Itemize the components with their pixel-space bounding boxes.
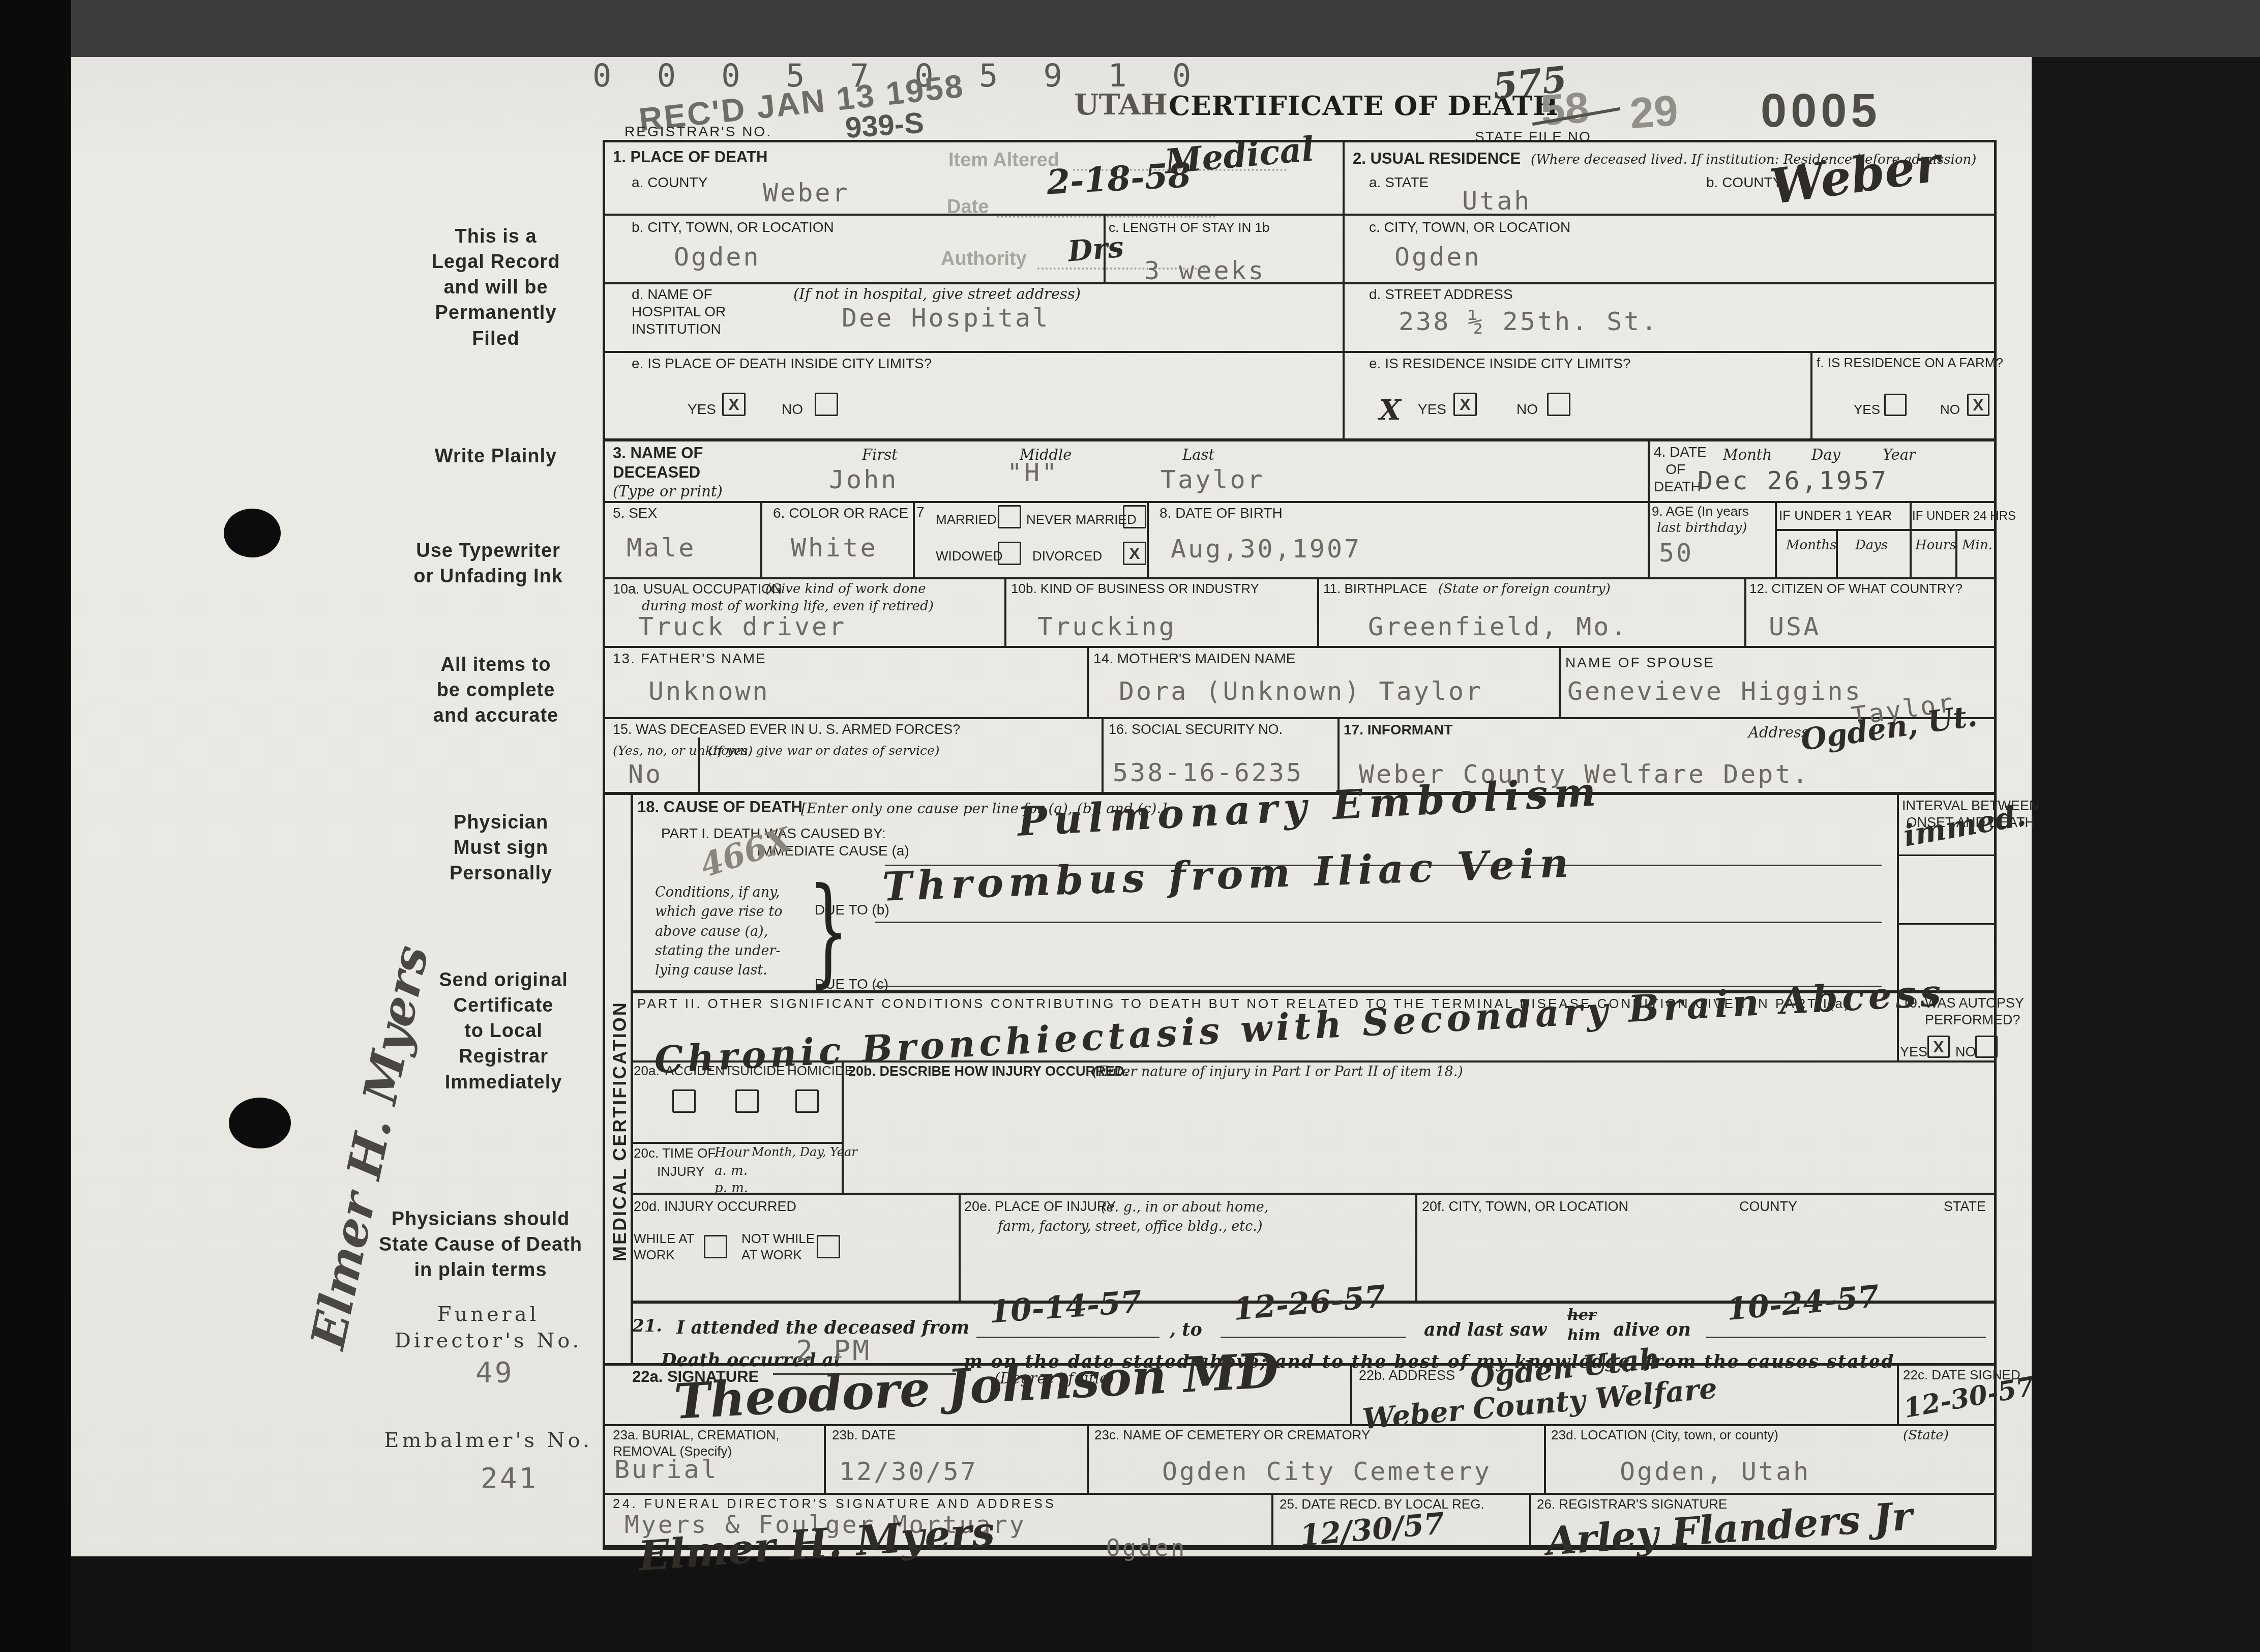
field-24-city: Ogden bbox=[1106, 1535, 1186, 1561]
field-3-first-value: John bbox=[829, 466, 898, 494]
grid-line bbox=[1897, 854, 1996, 856]
field-20b-note: (Enter nature of injury in Part I or Par… bbox=[1092, 1063, 1463, 1081]
field-20c-label2: INJURY bbox=[657, 1164, 704, 1180]
field-2a-label: a. STATE bbox=[1369, 174, 1429, 191]
field-7-num: 7 bbox=[916, 504, 925, 521]
field-18b-label: DUE TO (b) bbox=[815, 901, 889, 919]
field-20c-pm-label: p. m. bbox=[715, 1180, 748, 1197]
checkbox-1e-no bbox=[815, 393, 838, 416]
grid-line bbox=[1317, 577, 1319, 646]
grid-line bbox=[1087, 646, 1089, 717]
field-20b-label: 20b. DESCRIBE HOW INJURY OCCURRED. bbox=[848, 1063, 1128, 1080]
grid-line bbox=[603, 646, 1996, 648]
writing-line bbox=[1706, 1337, 1986, 1338]
checkbox-widowed bbox=[998, 542, 1021, 565]
checkbox-married bbox=[998, 505, 1021, 528]
field-23b-label: 23b. DATE bbox=[832, 1427, 896, 1443]
registrar-no-label: REGISTRAR'S NO. bbox=[625, 123, 772, 140]
field-3-note: (Type or print) bbox=[613, 482, 723, 501]
writing-line bbox=[1221, 1337, 1406, 1338]
grid-line bbox=[631, 1193, 1996, 1195]
death-certificate-scan: This is a Legal Record and will be Perma… bbox=[0, 0, 2260, 1652]
field-5-value: Male bbox=[627, 534, 696, 562]
grid-line bbox=[959, 1193, 961, 1302]
margin-note-write-plainly: Write Plainly bbox=[376, 444, 615, 469]
grid-line bbox=[1648, 440, 1650, 577]
field-4-month-label: Month bbox=[1723, 446, 1772, 465]
grid-line bbox=[603, 1493, 1996, 1495]
grid-line bbox=[913, 501, 915, 577]
field-2d-label: d. STREET ADDRESS bbox=[1369, 286, 1513, 303]
field-20f-label: 20f. CITY, TOWN, OR LOCATION bbox=[1422, 1198, 1628, 1215]
field-3-title: 3. NAME OF DECEASED bbox=[613, 444, 703, 482]
field-2e-no-label: NO bbox=[1516, 401, 1538, 418]
title-state: UTAH bbox=[1074, 87, 1168, 122]
grid-line bbox=[1529, 1493, 1531, 1549]
grid-line bbox=[603, 140, 1996, 142]
field-1c-label: c. LENGTH OF STAY IN 1b bbox=[1109, 220, 1269, 236]
grid-line bbox=[1559, 646, 1561, 717]
field-6-value: White bbox=[791, 534, 878, 562]
field-14-label: 14. MOTHER'S MAIDEN NAME bbox=[1093, 650, 1295, 667]
authority-value: Drs bbox=[1067, 232, 1125, 265]
grid-line bbox=[1271, 1493, 1273, 1549]
checkbox-2f-no: X bbox=[1967, 394, 1989, 416]
field-2c-value: Ogden bbox=[1394, 243, 1481, 271]
embalmer-no-value: 241 bbox=[481, 1463, 538, 1494]
field-20e-note2: farm, factory, street, office bldg., etc… bbox=[998, 1218, 1262, 1235]
field-3-middle-value: "H" bbox=[1007, 459, 1059, 487]
grid-line bbox=[760, 501, 762, 577]
field-4-value: Dec 26,1957 bbox=[1698, 467, 1888, 495]
field-4-year-label: Year bbox=[1883, 446, 1916, 465]
field-1d-note: (If not in hospital, give street address… bbox=[793, 285, 1081, 304]
field-21-him: him bbox=[1567, 1325, 1600, 1345]
field-4-day-label: Day bbox=[1811, 446, 1840, 465]
field-20c-am-label: a. m. bbox=[715, 1163, 748, 1180]
field-19-no-label: NO bbox=[1955, 1044, 1976, 1060]
state-file-handwritten: 575 bbox=[1491, 62, 1569, 105]
grid-line bbox=[1544, 1424, 1546, 1493]
field-9-min-label: Min. bbox=[1962, 537, 1993, 554]
field-1a-value: Weber bbox=[763, 179, 850, 207]
field-18-conditions-note: Conditions, if any, which gave rise to a… bbox=[655, 883, 783, 981]
checkbox-not-while-at-work bbox=[817, 1235, 840, 1258]
field-2f-yes-label: YES bbox=[1854, 402, 1880, 418]
grid-line bbox=[631, 793, 633, 1363]
checkbox-1e-yes: X bbox=[722, 393, 746, 416]
field-18c-label: DUE TO (c) bbox=[815, 976, 888, 993]
field-10a-value: Truck driver bbox=[638, 613, 846, 641]
field-23d-value: Ogden, Utah bbox=[1620, 1458, 1810, 1486]
field-2f-label: f. IS RESIDENCE ON A FARM? bbox=[1817, 355, 2003, 371]
field-20c-label1: 20c. TIME OF bbox=[634, 1145, 716, 1162]
grid-line bbox=[842, 1060, 844, 1193]
grid-line bbox=[1775, 529, 1996, 531]
grid-line bbox=[1994, 140, 1997, 1549]
registrar-no-value: 939-S bbox=[844, 108, 925, 143]
field-10a-label: 10a. USUAL OCCUPATION bbox=[613, 581, 782, 598]
field-1d-label: d. NAME OF HOSPITAL OR INSTITUTION bbox=[632, 286, 726, 338]
checkbox-2f-yes bbox=[1884, 394, 1907, 416]
field-1e-no-label: NO bbox=[782, 401, 803, 418]
field-2f-no-label: NO bbox=[1940, 402, 1960, 418]
field-14-value: Dora (Unknown) Taylor bbox=[1119, 677, 1483, 705]
writing-line bbox=[875, 922, 1882, 923]
field-21-text3: and last saw bbox=[1424, 1318, 1547, 1342]
field-1e-yes-label: YES bbox=[688, 401, 716, 418]
punch-hole bbox=[224, 509, 281, 557]
field-1e-label: e. IS PLACE OF DEATH INSIDE CITY LIMITS? bbox=[632, 355, 932, 372]
field-2e-label: e. IS RESIDENCE INSIDE CITY LIMITS? bbox=[1369, 355, 1631, 372]
dotted-leader bbox=[997, 216, 1215, 218]
checkbox-autopsy-no bbox=[1975, 1036, 1998, 1058]
funeral-director-no-label: Funeral Director's No. bbox=[356, 1301, 620, 1354]
state-file-number: 0005 bbox=[1761, 87, 1881, 134]
grid-line bbox=[603, 282, 1996, 284]
checkbox-while-at-work bbox=[704, 1235, 727, 1258]
field-13-value: Unknown bbox=[648, 677, 770, 705]
field-16-value: 538-16-6235 bbox=[1113, 759, 1303, 787]
grid-line bbox=[824, 1424, 826, 1493]
checkbox-2e-yes: X bbox=[1453, 393, 1477, 416]
margin-note-complete: All items to be complete and accurate bbox=[376, 652, 615, 728]
checkbox-2e-no bbox=[1547, 393, 1570, 416]
margin-note-physician-sign: Physician Must sign Personally bbox=[386, 810, 615, 886]
field-9-label2: last birthday) bbox=[1657, 520, 1747, 537]
field-20a-num: 20a. bbox=[634, 1063, 660, 1079]
grid-line bbox=[603, 717, 1996, 719]
field-1d-value: Dee Hospital bbox=[842, 304, 1050, 332]
writing-line bbox=[976, 1337, 1159, 1338]
field-21-num: 21. bbox=[632, 1315, 662, 1337]
embalmer-no-label: Embalmer's No. bbox=[346, 1427, 631, 1454]
field-22b-label: 22b. ADDRESS bbox=[1359, 1367, 1455, 1384]
checkbox-accident bbox=[672, 1089, 696, 1113]
checkbox-divorced: X bbox=[1123, 542, 1146, 565]
field-9-label: 9. AGE (In years bbox=[1652, 504, 1749, 520]
field-spouse-label: NAME OF SPOUSE bbox=[1565, 654, 1715, 671]
field-20a-accident-label: ACCIDENT bbox=[665, 1063, 733, 1079]
grid-line bbox=[1810, 351, 1812, 440]
grid-line bbox=[603, 501, 1996, 503]
amendment-date-value: 2-18-58 bbox=[1046, 158, 1192, 199]
checkbox-never-married bbox=[1123, 505, 1146, 528]
brace-glyph: } bbox=[808, 873, 849, 990]
grid-line bbox=[603, 351, 1996, 353]
field-10b-value: Trucking bbox=[1037, 613, 1176, 641]
field-2d-value: 238 ½ 25th. St. bbox=[1399, 308, 1659, 336]
field-23c-value: Ogden City Cemetery bbox=[1162, 1458, 1492, 1486]
item-altered-label: Item Altered bbox=[948, 151, 1059, 170]
grid-line bbox=[1102, 717, 1104, 793]
checkbox-suicide bbox=[735, 1089, 759, 1113]
field-21-text4: alive on bbox=[1613, 1318, 1691, 1342]
field-7-widowed-label: WIDOWED bbox=[936, 548, 1002, 565]
field-spouse-value: Genevieve Higgins bbox=[1567, 677, 1862, 705]
grid-line bbox=[1744, 577, 1746, 646]
film-top-band bbox=[71, 0, 2260, 57]
field-13-label: 13. FATHER'S NAME bbox=[613, 650, 766, 667]
field-7-never-married-label: NEVER MARRIED bbox=[1026, 512, 1137, 528]
grid-line bbox=[603, 577, 1996, 579]
field-18-title: 18. CAUSE OF DEATH bbox=[637, 798, 802, 817]
field-8-label: 8. DATE OF BIRTH bbox=[1159, 505, 1283, 522]
grid-line bbox=[1104, 214, 1106, 282]
field-16-label: 16. SOCIAL SECURITY NO. bbox=[1109, 721, 1283, 738]
field-1b-label: b. CITY, TOWN, OR LOCATION bbox=[632, 219, 834, 236]
checkbox-homicide bbox=[795, 1089, 819, 1113]
margin-note-typewriter: Use Typewriter or Unfading Ink bbox=[351, 538, 626, 589]
field-10a-note1: (Give kind of work done bbox=[765, 581, 926, 598]
field-12-value: USA bbox=[1769, 613, 1821, 641]
grid-line bbox=[603, 140, 605, 1549]
field-2c-label: c. CITY, TOWN, OR LOCATION bbox=[1369, 219, 1570, 236]
field-3-last-label: Last bbox=[1182, 446, 1214, 465]
field-20c-mdy-label: Month, Day, Year bbox=[752, 1144, 857, 1160]
field-23c-label: 23c. NAME OF CEMETERY OR CREMATORY bbox=[1094, 1427, 1370, 1443]
field-6-label: 6. COLOR OR RACE bbox=[773, 505, 908, 522]
field-1-title: 1. PLACE OF DEATH bbox=[613, 147, 767, 167]
grid-line bbox=[1415, 1193, 1417, 1302]
grid-line bbox=[603, 214, 1996, 216]
field-8-value: Aug,30,1907 bbox=[1171, 535, 1361, 563]
field-25-label: 25. DATE RECD. BY LOCAL REG. bbox=[1280, 1496, 1484, 1513]
field-20d-while-label: WHILE AT WORK bbox=[634, 1231, 694, 1263]
grid-line bbox=[1897, 1363, 1899, 1424]
field-7-married-label: MARRIED bbox=[936, 512, 997, 528]
grid-line bbox=[603, 1424, 1996, 1426]
field-12-label: 12. CITIZEN OF WHAT COUNTRY? bbox=[1749, 581, 1962, 597]
field-15-note2: (If yes, give war or dates of service) bbox=[708, 743, 940, 759]
grid-line bbox=[1910, 501, 1912, 577]
field-20d-label: 20d. INJURY OCCURRED bbox=[634, 1198, 796, 1215]
field-21-text2: , to bbox=[1170, 1318, 1202, 1342]
grid-line bbox=[1775, 501, 1777, 577]
field-7-divorced-label: DIVORCED bbox=[1032, 548, 1102, 565]
film-bottom-band bbox=[71, 1556, 2032, 1652]
field-9-months-label: Months bbox=[1786, 537, 1837, 554]
field-23a-value: Burial bbox=[614, 1456, 719, 1484]
punch-hole bbox=[229, 1098, 291, 1148]
field-9-under24-label: IF UNDER 24 HRS bbox=[1912, 509, 2016, 523]
field-19-label: 19. WAS AUTOPSY PERFORMED? bbox=[1902, 995, 2024, 1028]
field-9-value: 50 bbox=[1659, 539, 1693, 567]
field-9-days-label: Days bbox=[1855, 537, 1888, 554]
field-9-under1-label: IF UNDER 1 YEAR bbox=[1779, 508, 1892, 524]
field-3-first-label: First bbox=[862, 446, 898, 465]
field-1c-value: 3 weeks bbox=[1144, 257, 1266, 285]
grid-line bbox=[603, 438, 1996, 441]
field-19-yes-label: YES bbox=[1900, 1044, 1927, 1060]
funeral-director-no-value: 49 bbox=[475, 1357, 514, 1389]
field-3-last-value: Taylor bbox=[1161, 466, 1265, 494]
field-20f-county-label: COUNTY bbox=[1739, 1198, 1797, 1215]
field-9-hours-label: Hours bbox=[1915, 537, 1956, 554]
field-21-time-value: 2 PM bbox=[796, 1335, 871, 1366]
grid-line bbox=[1897, 793, 1899, 1060]
field-2e-yes-label: YES bbox=[1418, 401, 1446, 418]
field-15-value: No bbox=[628, 760, 663, 788]
grid-line bbox=[1004, 577, 1006, 646]
field-20e-note1: (e. g., in or about home, bbox=[1101, 1198, 1268, 1216]
field-20a-homicide-label: HOMICIDE bbox=[787, 1063, 853, 1079]
field-15-label: 15. WAS DECEASED EVER IN U. S. ARMED FOR… bbox=[613, 721, 960, 738]
field-2-title: 2. USUAL RESIDENCE bbox=[1353, 149, 1521, 168]
grid-line bbox=[1087, 1424, 1089, 1493]
field-20d-not-while-label: NOT WHILE AT WORK bbox=[741, 1231, 815, 1263]
field-11-label: 11. BIRTHPLACE bbox=[1323, 581, 1427, 597]
field-21-her-struck: her bbox=[1567, 1305, 1596, 1325]
field-23b-value: 12/30/57 bbox=[839, 1458, 978, 1486]
grid-line bbox=[1343, 140, 1345, 440]
authority-label: Authority bbox=[941, 249, 1027, 269]
checkbox-autopsy-yes: X bbox=[1927, 1036, 1950, 1058]
medical-certification-side-label: MEDICAL CERTIFICATION bbox=[609, 1001, 631, 1261]
field-23d-state-note: (State) bbox=[1903, 1427, 1949, 1444]
field-1b-value: Ogden bbox=[674, 243, 761, 271]
margin-note-legal-record: This is a Legal Record and will be Perma… bbox=[376, 224, 615, 351]
field-20f-state-label: STATE bbox=[1944, 1198, 1986, 1215]
state-file-stamp-29: 29 bbox=[1628, 89, 1679, 135]
field-17-label: 17. INFORMANT bbox=[1344, 721, 1453, 739]
field-11-note: (State or foreign country) bbox=[1438, 581, 1611, 598]
field-2e-hand-x: X bbox=[1379, 396, 1401, 424]
field-5-label: 5. SEX bbox=[613, 505, 657, 522]
grid-line bbox=[1897, 923, 1996, 925]
film-edge-strip bbox=[0, 0, 71, 1652]
field-23d-label: 23d. LOCATION (City, town, or county) bbox=[1551, 1427, 1778, 1443]
film-right-band bbox=[2032, 57, 2260, 1652]
field-11-value: Greenfield, Mo. bbox=[1368, 613, 1628, 641]
field-2a-value: Utah bbox=[1462, 187, 1531, 215]
grid-line bbox=[631, 1142, 842, 1144]
field-20a-suicide-label: SUICIDE bbox=[731, 1063, 785, 1079]
field-20c-hour-label: Hour bbox=[715, 1144, 749, 1162]
field-1a-label: a. COUNTY bbox=[632, 174, 707, 191]
grid-line bbox=[1147, 501, 1149, 577]
field-20e-label: 20e. PLACE OF INJURY bbox=[964, 1198, 1116, 1215]
field-10b-label: 10b. KIND OF BUSINESS OR INDUSTRY bbox=[1011, 581, 1259, 597]
